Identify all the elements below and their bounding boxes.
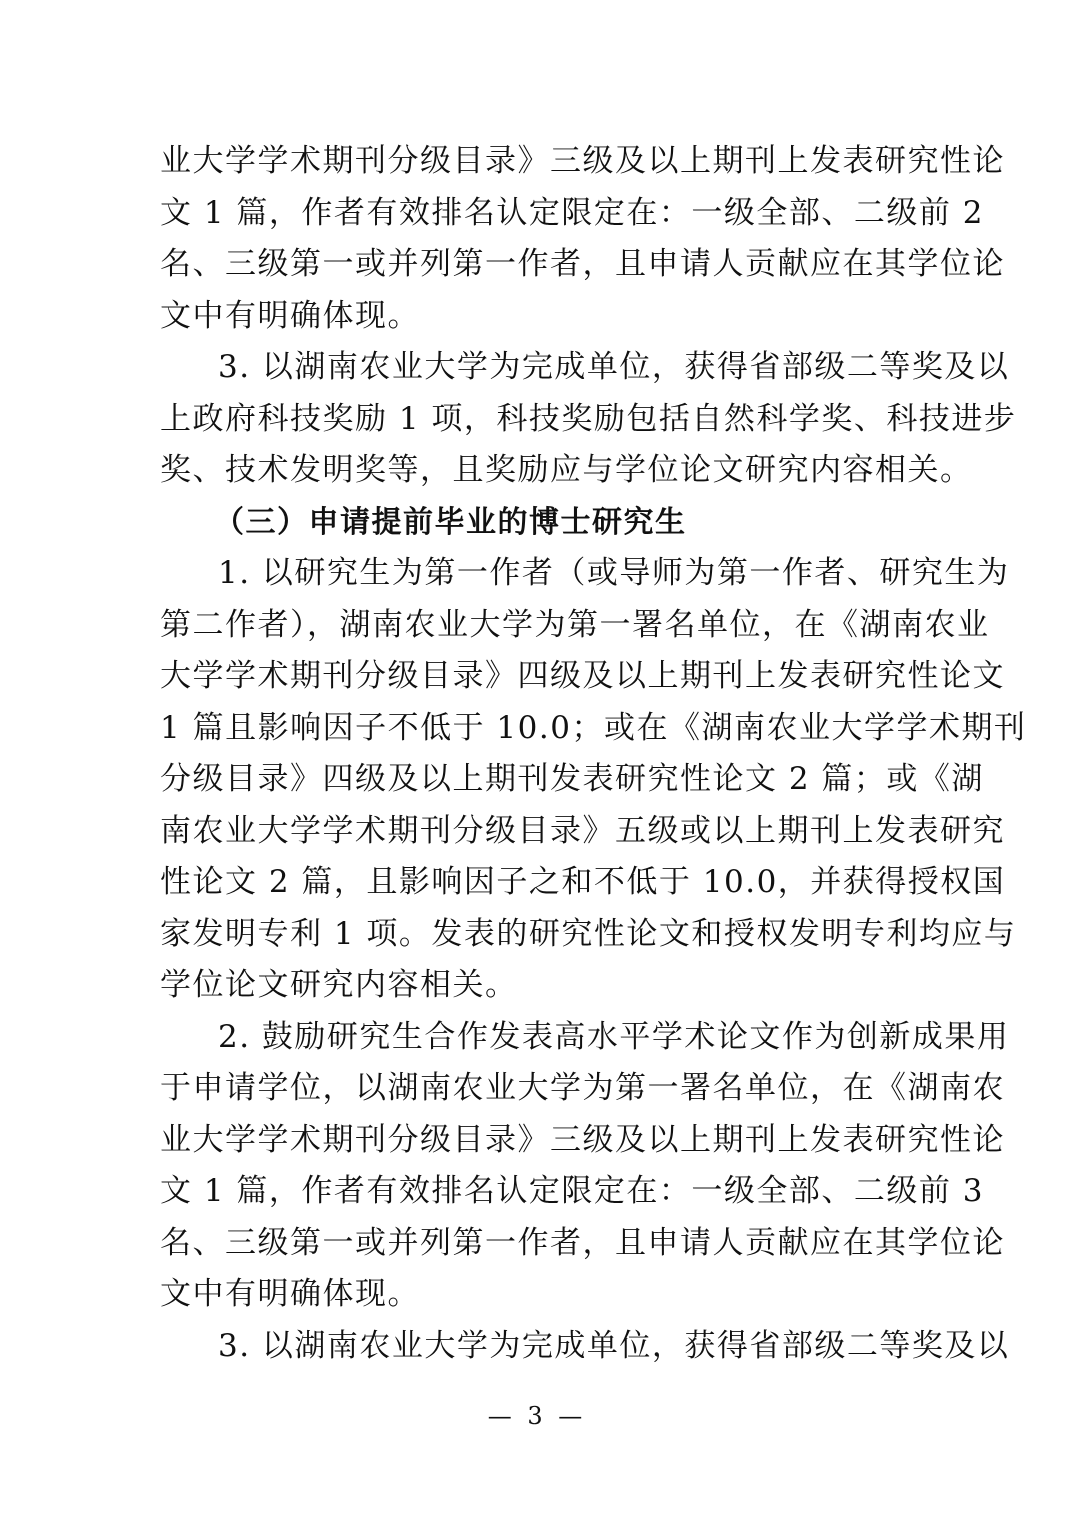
document-body: 业大学学术期刊分级目录》三级及以上期刊上发表研究性论 文 1 篇，作者有效排名认… — [160, 136, 920, 1372]
paragraph-line: 上政府科技奖励 1 项，科技奖励包括自然科学奖、科技进步 — [160, 394, 920, 446]
paragraph-line: 业大学学术期刊分级目录》三级及以上期刊上发表研究性论 — [160, 1115, 920, 1167]
paragraph-line: 分级目录》四级及以上期刊发表研究性论文 2 篇；或《湖 — [160, 754, 920, 806]
paragraph-line: 大学学术期刊分级目录》四级及以上期刊上发表研究性论文 — [160, 651, 920, 703]
paragraph-line: 1 篇且影响因子不低于 10.0；或在《湖南农业大学学术期刊 — [160, 703, 920, 755]
paragraph-line: 业大学学术期刊分级目录》三级及以上期刊上发表研究性论 — [160, 136, 920, 188]
paragraph-line: 学位论文研究内容相关。 — [160, 960, 920, 1012]
paragraph-line: 家发明专利 1 项。发表的研究性论文和授权发明专利均应与 — [160, 909, 920, 961]
paragraph-line: 于申请学位，以湖南农业大学为第一署名单位，在《湖南农 — [160, 1063, 920, 1115]
section-heading: （三）申请提前毕业的博士研究生 — [160, 497, 920, 549]
paragraph-line-item-1: 1. 以研究生为第一作者（或导师为第一作者、研究生为 — [160, 548, 920, 600]
paragraph-line: 名、三级第一或并列第一作者，且申请人贡献应在其学位论 — [160, 1218, 920, 1270]
paragraph-line: 性论文 2 篇，且影响因子之和不低于 10.0，并获得授权国 — [160, 857, 920, 909]
paragraph-line: 南农业大学学术期刊分级目录》五级或以上期刊上发表研究 — [160, 806, 920, 858]
paragraph-line-item-2: 2. 鼓励研究生合作发表高水平学术论文作为创新成果用 — [160, 1012, 920, 1064]
paragraph-line: 文 1 篇，作者有效排名认定限定在：一级全部、二级前 3 — [160, 1166, 920, 1218]
page-number: — 3 — — [0, 1402, 1074, 1430]
paragraph-line: 文中有明确体现。 — [160, 1269, 920, 1321]
paragraph-line: 奖、技术发明奖等，且奖励应与学位论文研究内容相关。 — [160, 445, 920, 497]
document-page: 业大学学术期刊分级目录》三级及以上期刊上发表研究性论 文 1 篇，作者有效排名认… — [0, 0, 1074, 1520]
paragraph-line-item-3: 3. 以湖南农业大学为完成单位，获得省部级二等奖及以 — [160, 1321, 920, 1373]
paragraph-line: 文中有明确体现。 — [160, 291, 920, 343]
paragraph-line-item-3: 3. 以湖南农业大学为完成单位，获得省部级二等奖及以 — [160, 342, 920, 394]
paragraph-line: 文 1 篇，作者有效排名认定限定在：一级全部、二级前 2 — [160, 188, 920, 240]
paragraph-line: 名、三级第一或并列第一作者，且申请人贡献应在其学位论 — [160, 239, 920, 291]
paragraph-line: 第二作者），湖南农业大学为第一署名单位，在《湖南农业 — [160, 600, 920, 652]
